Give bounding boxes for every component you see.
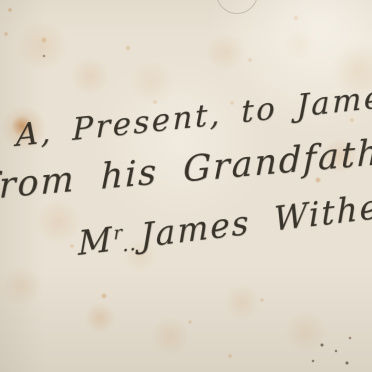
inscription-line-3-punctuation: .. [122, 232, 137, 257]
embossed-circle-mark [216, 0, 258, 14]
inscription-line-3: Mr..James Withe [78, 187, 372, 263]
inscription-line-3-rest: James Withe [140, 187, 372, 256]
aged-paper-page: A, Present, to James’ from his Grandfath… [0, 0, 372, 372]
inscription-line-3-prefix: M [78, 220, 114, 264]
